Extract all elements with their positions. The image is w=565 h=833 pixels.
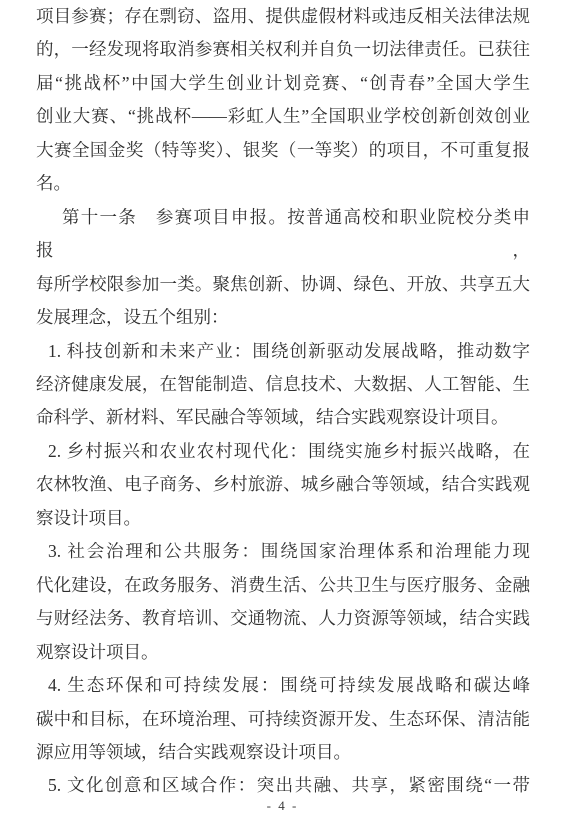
text-line: 项目参赛；存在剽窃、盗用、提供虚假材料或违反相关法律法规 (36, 0, 530, 33)
text-line: 届“挑战杯”中国大学生创业计划竞赛、“创青春”全国大学生 (36, 67, 530, 100)
text-line: 名。 (36, 167, 530, 200)
text-line-article-11: 第十一条 参赛项目申报。按普通高校和职业院校分类申报， (36, 201, 530, 268)
text-line: 察设计项目。 (36, 502, 530, 535)
text-line: 源应用等领域，结合实践观察设计项目。 (36, 736, 530, 769)
text-line: 创业大赛、“挑战杯——彩虹人生”全国职业学校创新创效创业 (36, 100, 530, 133)
text-line: 发展理念，设五个组别： (36, 301, 530, 334)
text-line: 与财经法务、教育培训、交通物流、人力资源等领域，结合实践 (36, 602, 530, 635)
page-number: - 4 - (0, 798, 565, 814)
text-line: 观察设计项目。 (36, 636, 530, 669)
text-line: 碳中和目标，在环境治理、可持续资源开发、生态环保、清洁能 (36, 703, 530, 736)
document-text: 项目参赛；存在剽窃、盗用、提供虚假材料或违反相关法律法规 的，一经发现将取消参赛… (36, 0, 530, 803)
text-line: 大赛全国金奖（特等奖）、银奖（一等奖）的项目，不可重复报 (36, 134, 530, 167)
text-line-item-2: 2. 乡村振兴和农业农村现代化：围绕实施乡村振兴战略，在 (36, 435, 530, 468)
document-page: 项目参赛；存在剽窃、盗用、提供虚假材料或违反相关法律法规 的，一经发现将取消参赛… (0, 0, 565, 833)
text-line: 命科学、新材料、军民融合等领域，结合实践观察设计项目。 (36, 401, 530, 434)
text-line-item-3: 3. 社会治理和公共服务：围绕国家治理体系和治理能力现 (36, 535, 530, 568)
text-line: 农林牧渔、电子商务、乡村旅游、城乡融合等领域，结合实践观 (36, 468, 530, 501)
text-line-item-1: 1. 科技创新和未来产业：围绕创新驱动发展战略，推动数字 (36, 335, 530, 368)
text-line: 的，一经发现将取消参赛相关权利并自负一切法律责任。已获往 (36, 33, 530, 66)
text-line: 代化建设，在政务服务、消费生活、公共卫生与医疗服务、金融 (36, 569, 530, 602)
text-line: 经济健康发展，在智能制造、信息技术、大数据、人工智能、生 (36, 368, 530, 401)
text-line: 每所学校限参加一类。聚焦创新、协调、绿色、开放、共享五大 (36, 268, 530, 301)
text-line-item-4: 4. 生态环保和可持续发展：围绕可持续发展战略和碳达峰 (36, 669, 530, 702)
